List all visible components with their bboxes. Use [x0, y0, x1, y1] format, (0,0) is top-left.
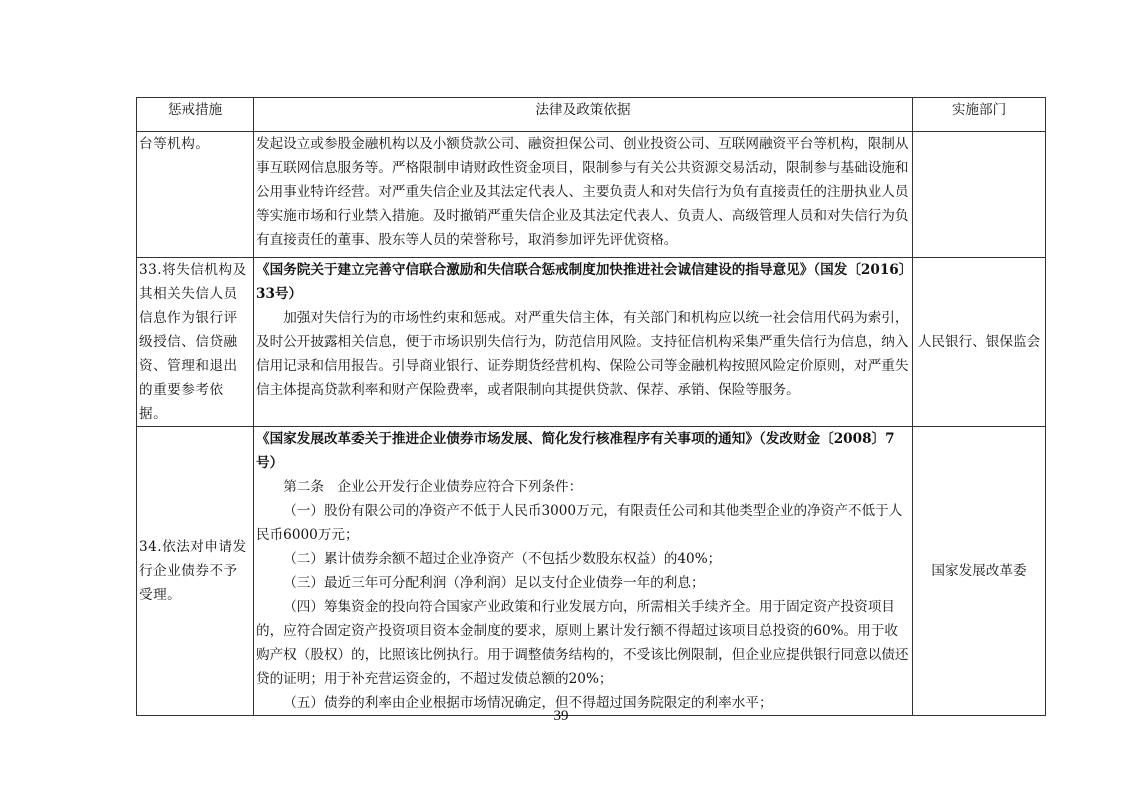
- department-cell: [913, 132, 1046, 258]
- basis-title: 《国家发展改革委关于推进企业债券市场发展、简化发行核准程序有关事项的通知》（发改…: [256, 427, 910, 475]
- table-row: 33.将失信机构及其相关失信人员信息作为银行评级授信、信贷融资、管理和退出的重要…: [137, 258, 1046, 427]
- legal-basis-cell: 《国务院关于建立完善守信联合激励和失信联合惩戒制度加快推进社会诚信建设的指导意见…: [254, 258, 913, 427]
- measure-cell: 台等机构。: [137, 132, 254, 258]
- table-row: 34.依法对申请发行企业债券不予受理。 《国家发展改革委关于推进企业债券市场发展…: [137, 427, 1046, 716]
- basis-paragraph: 发起设立或参股金融机构以及小额贷款公司、融资担保公司、创业投资公司、互联网融资平…: [256, 132, 910, 252]
- department-cell: 人民银行、银保监会: [913, 258, 1046, 427]
- department-cell: 国家发展改革委: [913, 427, 1046, 716]
- document-page: 惩戒措施 法律及政策依据 实施部门 台等机构。 发起设立或参股金融机构以及小额贷…: [0, 0, 1122, 793]
- table-row: 台等机构。 发起设立或参股金融机构以及小额贷款公司、融资担保公司、创业投资公司、…: [137, 132, 1046, 258]
- penalty-measures-table: 惩戒措施 法律及政策依据 实施部门 台等机构。 发起设立或参股金融机构以及小额贷…: [136, 97, 1046, 716]
- basis-paragraph: 第二条 企业公开发行企业债券应符合下列条件：: [256, 475, 910, 499]
- measure-cell: 34.依法对申请发行企业债券不予受理。: [137, 427, 254, 716]
- basis-paragraph: 加强对失信行为的市场性约束和惩戒。对严重失信主体，有关部门和机构应以统一社会信用…: [256, 306, 910, 402]
- legal-basis-cell: 发起设立或参股金融机构以及小额贷款公司、融资担保公司、创业投资公司、互联网融资平…: [254, 132, 913, 258]
- basis-paragraph: （四）筹集资金的投向符合国家产业政策和行业发展方向，所需相关手续齐全。用于固定资…: [256, 595, 910, 691]
- table-header-row: 惩戒措施 法律及政策依据 实施部门: [137, 98, 1046, 132]
- basis-title: 《国务院关于建立完善守信联合激励和失信联合惩戒制度加快推进社会诚信建设的指导意见…: [256, 258, 910, 306]
- basis-paragraph: （一）股份有限公司的净资产不低于人民币3000万元，有限责任公司和其他类型企业的…: [256, 499, 910, 547]
- legal-basis-cell: 《国家发展改革委关于推进企业债券市场发展、简化发行核准程序有关事项的通知》（发改…: [254, 427, 913, 716]
- header-legal-basis: 法律及政策依据: [254, 98, 913, 132]
- page-number: 39: [0, 708, 1122, 725]
- header-measure: 惩戒措施: [137, 98, 254, 132]
- header-department: 实施部门: [913, 98, 1046, 132]
- basis-paragraph: （三）最近三年可分配利润（净利润）足以支付企业债券一年的利息；: [256, 571, 910, 595]
- measure-cell: 33.将失信机构及其相关失信人员信息作为银行评级授信、信贷融资、管理和退出的重要…: [137, 258, 254, 427]
- basis-paragraph: （二）累计债券余额不超过企业净资产（不包括少数股东权益）的40%；: [256, 547, 910, 571]
